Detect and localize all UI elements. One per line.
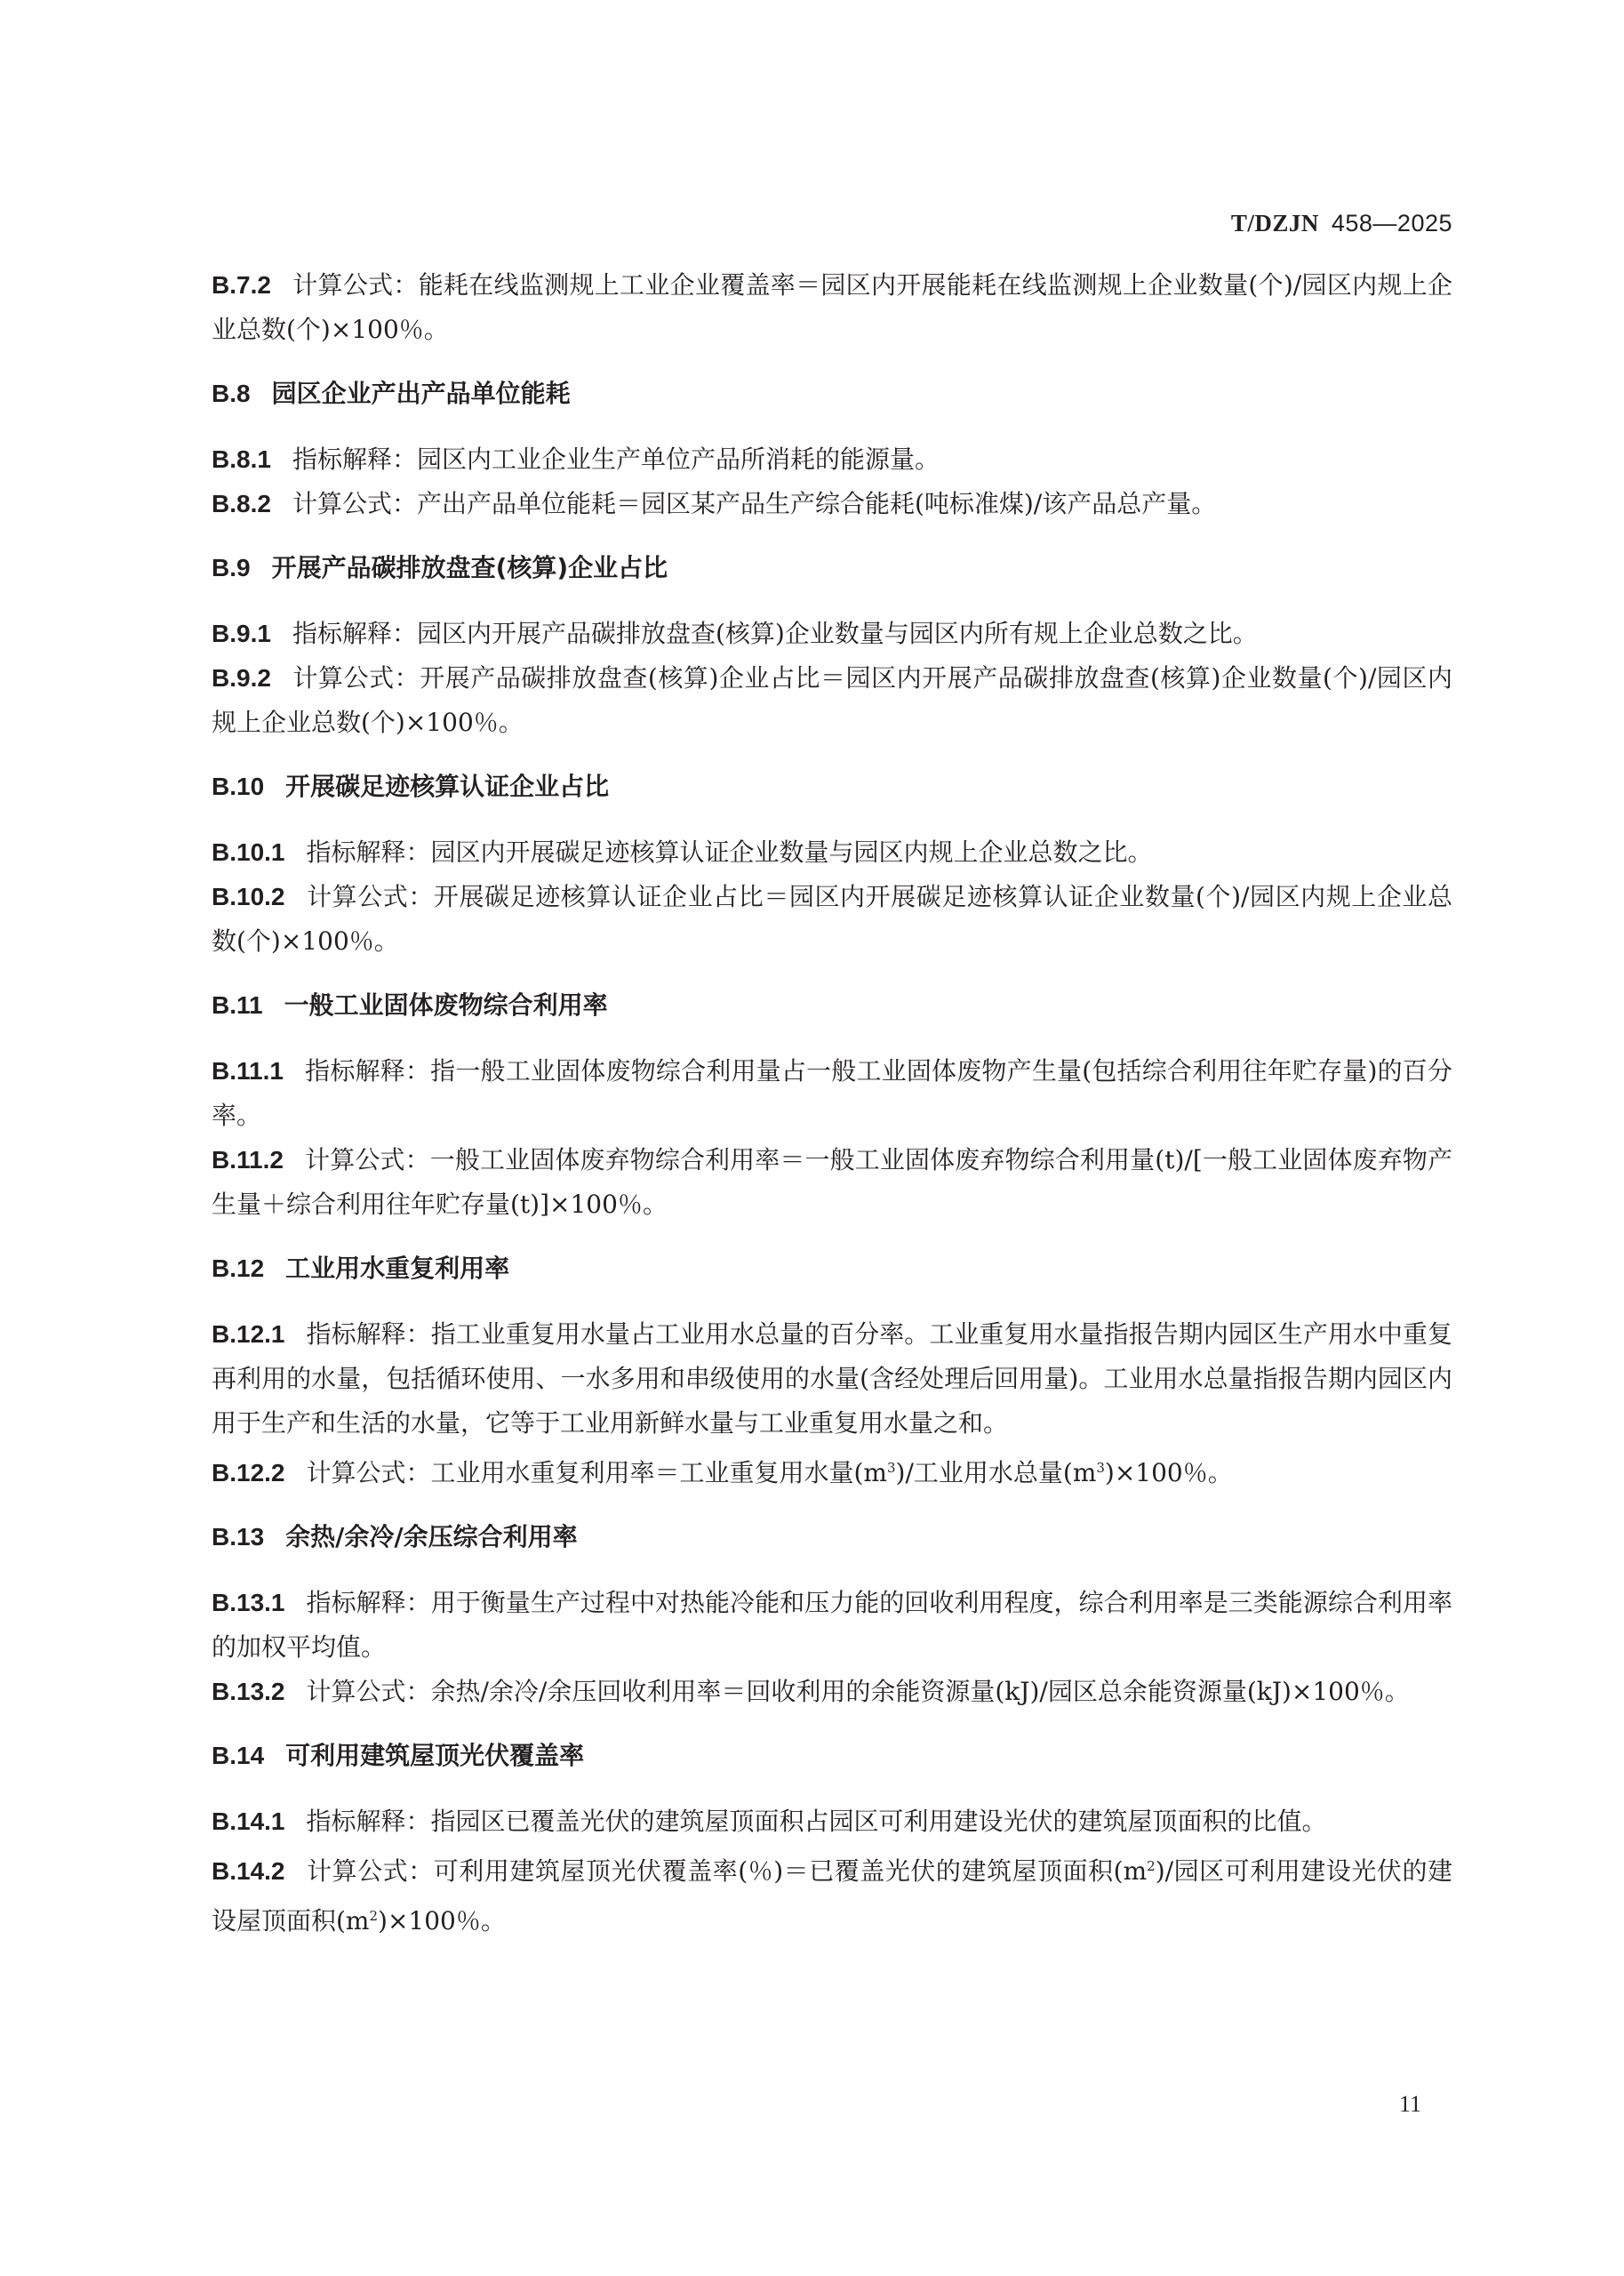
section-title: 一般工业固体废物综合利用率 [284, 990, 608, 1020]
clause-text: )/工业用水总量(m [896, 1458, 1097, 1487]
clause-number: B.10.2 [212, 883, 285, 910]
clause-text: 计算公式：余热/余冷/余压回收利用率＝回收利用的余能资源量(kJ)/园区总余能资… [307, 1677, 1410, 1706]
section-title: 余热/余冷/余压综合利用率 [285, 1522, 577, 1551]
clause-number: B.14.1 [212, 1807, 285, 1835]
clause-b7-2: B.7.2计算公式：能耗在线监测规上工业企业覆盖率＝园区内开展能耗在线监测规上企… [212, 263, 1452, 352]
section-number: B.12 [212, 1254, 264, 1282]
clause-text: 计算公式：可利用建筑屋顶光伏覆盖率(％)＝已覆盖光伏的建筑屋顶面积(m [307, 1856, 1148, 1886]
clause-text: 计算公式：开展碳足迹核算认证企业占比＝园区内开展碳足迹核算认证企业数量(个)/园… [212, 882, 1452, 956]
section-number: B.14 [212, 1742, 264, 1769]
section-title: 工业用水重复利用率 [285, 1254, 509, 1283]
standard-code: T/DZJN458—2025 [1231, 210, 1452, 237]
section-number: B.9 [212, 554, 251, 581]
clause-number: B.10.1 [212, 838, 285, 866]
clause-number: B.8.1 [212, 445, 271, 473]
clause-number: B.13.1 [212, 1589, 285, 1616]
clause-text: 计算公式：工业用水重复利用率＝工业重复用水量(m [307, 1458, 887, 1487]
clause-number: B.12.1 [212, 1320, 285, 1348]
section-title: 开展碳足迹核算认证企业占比 [285, 772, 609, 801]
clause-b8-2: B.8.2计算公式：产出产品单位能耗＝园区某产品生产综合能耗(吨标准煤)/该产品… [212, 482, 1452, 526]
clause-b12-2: B.12.2计算公式：工业用水重复利用率＝工业重复用水量(m3)/工业用水总量(… [212, 1446, 1452, 1495]
section-b8-heading: B.8园区企业产出产品单位能耗 [212, 372, 1452, 416]
section-title: 开展产品碳排放盘查(核算)企业占比 [272, 553, 668, 582]
clause-number: B.9.2 [212, 664, 271, 692]
clause-text: )×100％。 [378, 1906, 506, 1935]
clause-text: 指标解释：园区内开展产品碳排放盘查(核算)企业数量与园区内所有规上企业总数之比。 [292, 619, 1258, 648]
clause-b13-1: B.13.1指标解释：用于衡量生产过程中对热能冷能和压力能的回收利用程度，综合利… [212, 1581, 1452, 1670]
clause-number: B.11.1 [212, 1057, 284, 1085]
clause-text: 指标解释：园区内工业企业生产单位产品所消耗的能源量。 [292, 445, 940, 474]
superscript: 3 [887, 1460, 896, 1476]
clause-number: B.12.2 [212, 1459, 285, 1487]
clause-number: B.8.2 [212, 490, 271, 517]
section-b10-heading: B.10开展碳足迹核算认证企业占比 [212, 765, 1452, 809]
clause-b9-1: B.9.1指标解释：园区内开展产品碳排放盘查(核算)企业数量与园区内所有规上企业… [212, 612, 1452, 656]
clause-text: 计算公式：一般工业固体废弃物综合利用率＝一般工业固体废弃物综合利用量(t)/[一… [212, 1145, 1452, 1219]
superscript: 2 [369, 1908, 378, 1924]
clause-text: 指标解释：园区内开展碳足迹核算认证企业数量与园区内规上企业总数之比。 [307, 837, 1153, 867]
clause-number: B.7.2 [212, 271, 271, 299]
clause-b8-1: B.8.1指标解释：园区内工业企业生产单位产品所消耗的能源量。 [212, 437, 1452, 482]
clause-number: B.14.2 [212, 1857, 285, 1885]
section-number: B.11 [212, 991, 263, 1019]
clause-text: 指标解释：指工业重复用水量占工业用水总量的百分率。工业重复用水量指报告期内园区生… [212, 1319, 1452, 1438]
clause-number: B.13.2 [212, 1678, 285, 1705]
clause-b12-1: B.12.1指标解释：指工业重复用水量占工业用水总量的百分率。工业重复用水量指报… [212, 1312, 1452, 1446]
superscript: 3 [1096, 1460, 1105, 1476]
clause-b14-2: B.14.2计算公式：可利用建筑屋顶光伏覆盖率(％)＝已覆盖光伏的建筑屋顶面积(… [212, 1844, 1452, 1943]
clause-b9-2: B.9.2计算公式：开展产品碳排放盘查(核算)企业占比＝园区内开展产品碳排放盘查… [212, 656, 1452, 745]
clause-number: B.9.1 [212, 620, 271, 647]
clause-text: 指标解释：用于衡量生产过程中对热能冷能和压力能的回收利用程度，综合利用率是三类能… [212, 1588, 1452, 1662]
clause-text: 计算公式：产出产品单位能耗＝园区某产品生产综合能耗(吨标准煤)/该产品总产量。 [292, 489, 1216, 518]
section-number: B.8 [212, 380, 251, 407]
clause-number: B.11.2 [212, 1146, 284, 1174]
section-title: 可利用建筑屋顶光伏覆盖率 [285, 1741, 584, 1770]
section-b9-heading: B.9开展产品碳排放盘查(核算)企业占比 [212, 546, 1452, 590]
clause-b10-2: B.10.2计算公式：开展碳足迹核算认证企业占比＝园区内开展碳足迹核算认证企业数… [212, 875, 1452, 964]
section-number: B.10 [212, 773, 264, 800]
page-number: 11 [1399, 2091, 1421, 2118]
section-b11-heading: B.11一般工业固体废物综合利用率 [212, 983, 1452, 1028]
superscript: 2 [1147, 1858, 1156, 1874]
section-title: 园区企业产出产品单位能耗 [272, 379, 571, 408]
clause-text: 指标解释：指园区已覆盖光伏的建筑屋顶面积占园区可利用建设光伏的建筑屋顶面积的比值… [307, 1807, 1327, 1836]
section-number: B.13 [212, 1523, 264, 1551]
clause-text: 计算公式：开展产品碳排放盘查(核算)企业占比＝园区内开展产品碳排放盘查(核算)企… [212, 663, 1452, 737]
section-b14-heading: B.14可利用建筑屋顶光伏覆盖率 [212, 1734, 1452, 1778]
clause-b11-1: B.11.1指标解释：指一般工业固体废物综合利用量占一般工业固体废物产生量(包括… [212, 1049, 1452, 1138]
clause-b13-2: B.13.2计算公式：余热/余冷/余压回收利用率＝回收利用的余能资源量(kJ)/… [212, 1670, 1452, 1714]
clause-text: 计算公式：能耗在线监测规上工业企业覆盖率＝园区内开展能耗在线监测规上企业数量(个… [212, 270, 1452, 344]
clause-text: )×100％。 [1105, 1458, 1233, 1487]
clause-b11-2: B.11.2计算公式：一般工业固体废弃物综合利用率＝一般工业固体废弃物综合利用量… [212, 1138, 1452, 1227]
document-body: B.7.2计算公式：能耗在线监测规上工业企业覆盖率＝园区内开展能耗在线监测规上企… [212, 263, 1452, 1943]
section-b13-heading: B.13余热/余冷/余压综合利用率 [212, 1515, 1452, 1559]
standard-number: 458—2025 [1332, 210, 1452, 236]
standard-prefix: T/DZJN [1231, 210, 1319, 236]
clause-text: 指标解释：指一般工业固体废物综合利用量占一般工业固体废物产生量(包括综合利用往年… [212, 1056, 1452, 1130]
clause-b10-1: B.10.1指标解释：园区内开展碳足迹核算认证企业数量与园区内规上企业总数之比。 [212, 830, 1452, 875]
clause-b14-1: B.14.1指标解释：指园区已覆盖光伏的建筑屋顶面积占园区可利用建设光伏的建筑屋… [212, 1799, 1452, 1844]
section-b12-heading: B.12工业用水重复利用率 [212, 1246, 1452, 1291]
